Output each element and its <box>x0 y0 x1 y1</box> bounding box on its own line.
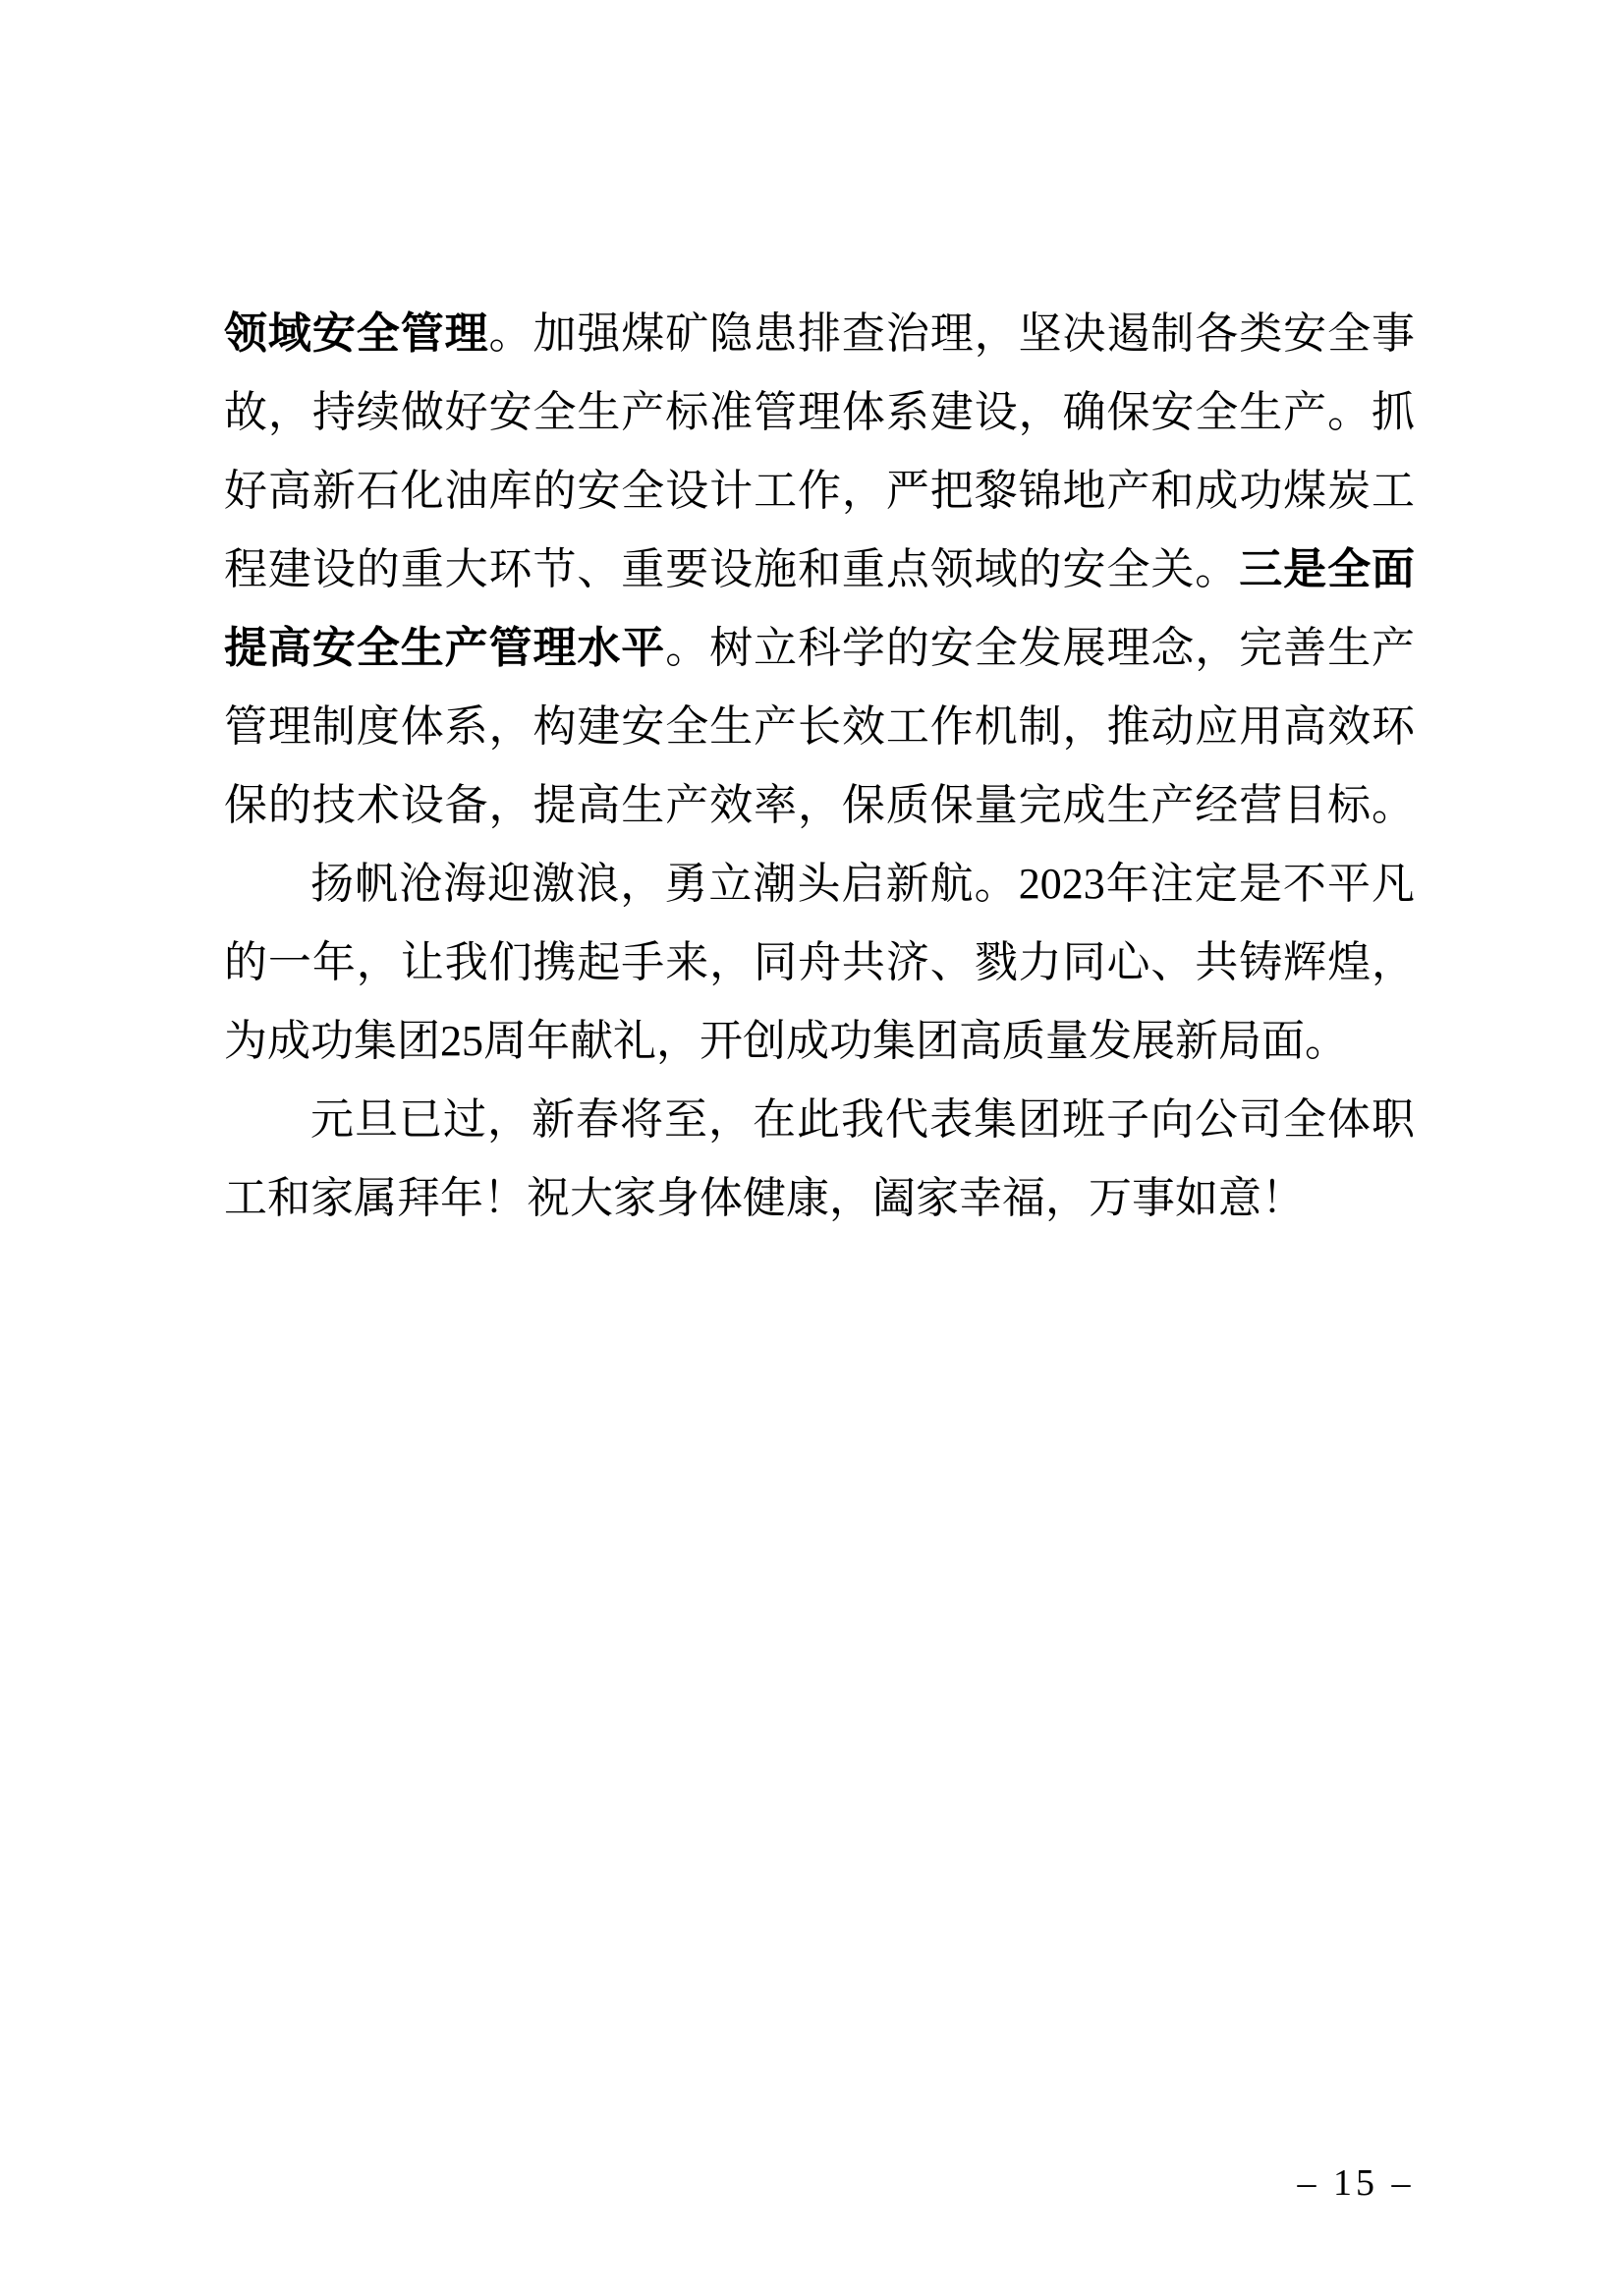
text-segment: 程建设的重大环节、重要设施和重点领域的安全关。 <box>224 545 1239 593</box>
text-line: 的一年，让我们携起手来，同舟共济、戮力同心、共铸辉煌， <box>224 924 1415 1002</box>
text-segment: 的一年，让我们携起手来，同舟共济、戮力同心、共铸辉煌， <box>224 938 1415 986</box>
text-line: 程建设的重大环节、重要设施和重点领域的安全关。三是全面 <box>224 531 1415 609</box>
text-segment: 扬帆沧海迎激浪，勇立潮头启新航。2023年注定是不平凡 <box>310 860 1415 908</box>
text-line: 领域安全管理。加强煤矿隐患排查治理，坚决遏制各类安全事 <box>224 295 1415 373</box>
text-segment: 保的技术设备，提高生产效率，保质保量完成生产经营目标。 <box>224 781 1415 829</box>
bold-text-segment: 提高安全生产管理水平 <box>224 624 665 672</box>
text-line: 管理制度体系，构建安全生产长效工作机制，推动应用高效环 <box>224 688 1415 766</box>
bold-text-segment: 三是全面 <box>1239 545 1415 593</box>
page-number: – 15 – <box>1277 2154 1434 2212</box>
document-page: 领域安全管理。加强煤矿隐患排查治理，坚决遏制各类安全事故，持续做好安全生产标准管… <box>0 0 1624 2296</box>
text-segment: 元旦已过，新春将至，在此我代表集团班子向公司全体职 <box>310 1095 1415 1144</box>
text-segment: 管理制度体系，构建安全生产长效工作机制，推动应用高效环 <box>224 702 1415 751</box>
text-segment: 为成功集团25周年献礼，开创成功集团高质量发展新局面。 <box>224 1017 1348 1065</box>
text-line: 扬帆沧海迎激浪，勇立潮头启新航。2023年注定是不平凡 <box>224 845 1415 924</box>
text-segment: 。加强煤矿隐患排查治理，坚决遏制各类安全事 <box>489 309 1415 358</box>
text-line: 好高新石化油库的安全设计工作，严把黎锦地产和成功煤炭工 <box>224 452 1415 531</box>
document-body: 领域安全管理。加强煤矿隐患排查治理，坚决遏制各类安全事故，持续做好安全生产标准管… <box>224 295 1415 1238</box>
text-line: 提高安全生产管理水平。树立科学的安全发展理念，完善生产 <box>224 609 1415 688</box>
text-line: 为成功集团25周年献礼，开创成功集团高质量发展新局面。 <box>224 1002 1415 1081</box>
text-segment: 工和家属拜年！祝大家身体健康，阖家幸福，万事如意！ <box>224 1174 1305 1222</box>
text-line: 保的技术设备，提高生产效率，保质保量完成生产经营目标。 <box>224 766 1415 845</box>
text-segment: 故，持续做好安全生产标准管理体系建设，确保安全生产。抓 <box>224 388 1415 436</box>
bold-text-segment: 领域安全管理 <box>224 309 489 358</box>
text-line: 元旦已过，新春将至，在此我代表集团班子向公司全体职 <box>224 1081 1415 1159</box>
text-segment: 。树立科学的安全发展理念，完善生产 <box>665 624 1415 672</box>
text-line: 故，持续做好安全生产标准管理体系建设，确保安全生产。抓 <box>224 373 1415 452</box>
text-segment: 好高新石化油库的安全设计工作，严把黎锦地产和成功煤炭工 <box>224 467 1415 515</box>
text-line: 工和家属拜年！祝大家身体健康，阖家幸福，万事如意！ <box>224 1159 1415 1238</box>
